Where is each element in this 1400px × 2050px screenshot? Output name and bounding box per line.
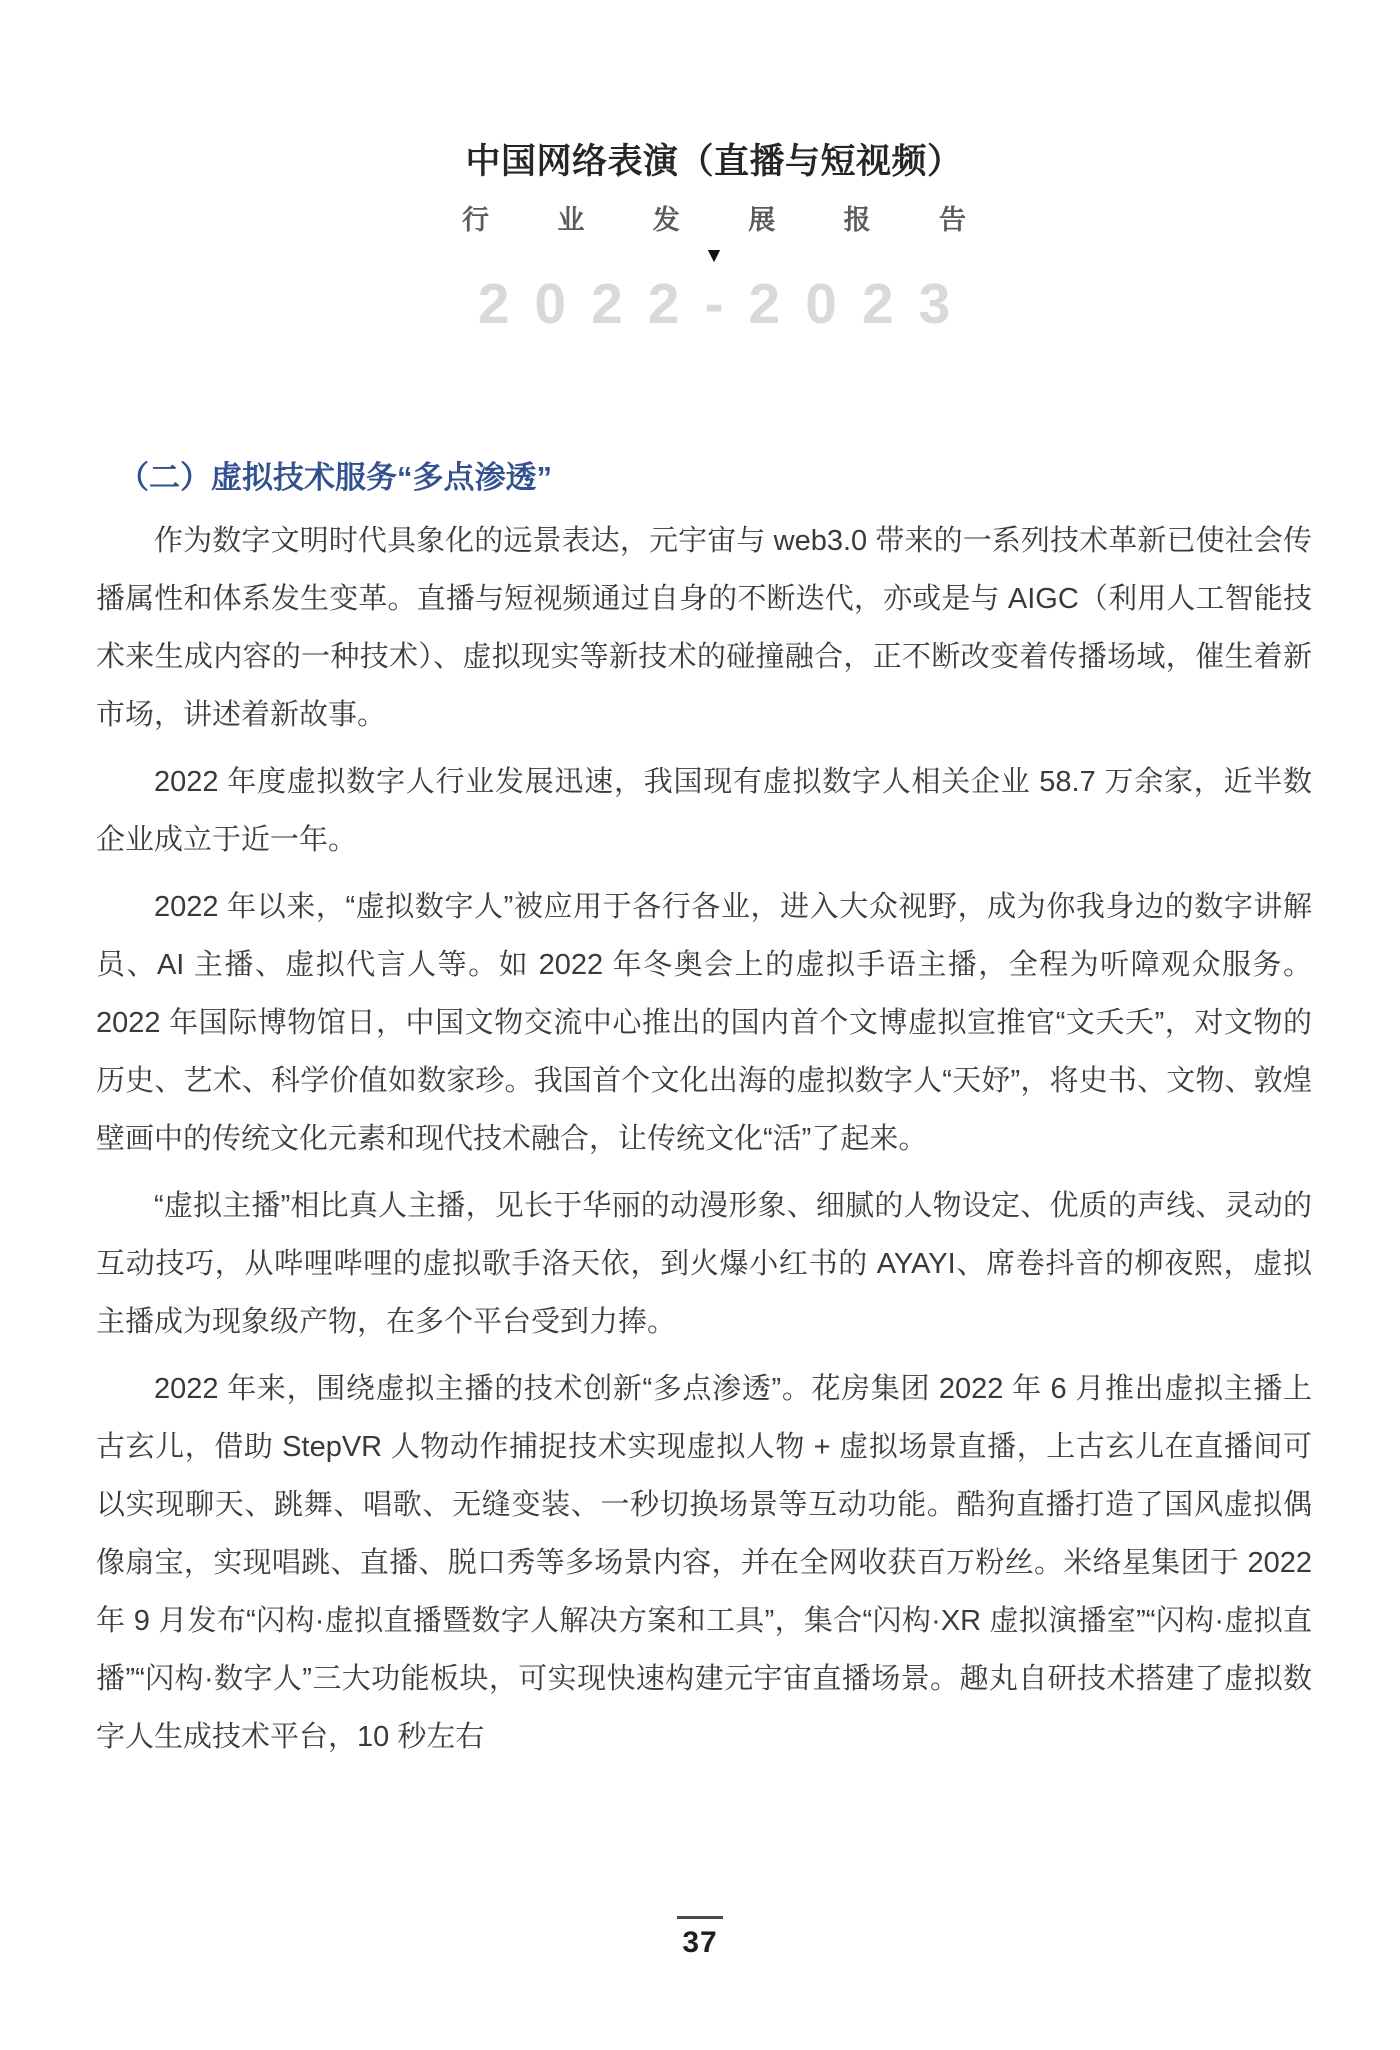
triangle-down-icon: ▼ [462, 245, 966, 267]
report-subtitle: 行 业 发 展 报 告 [462, 198, 966, 237]
page-footer: 37 [0, 1916, 1400, 1960]
report-title: 中国网络表演（直播与短视频） [462, 134, 966, 184]
paragraph-tech-innovation-cases: 2022 年来，围绕虚拟主播的技术创新“多点渗透”。花房集团 2022 年 6 … [96, 1360, 1312, 1766]
page-number: 37 [0, 1926, 1400, 1960]
paragraph-industry-growth: 2022 年度虚拟数字人行业发展迅速，我国现有虚拟数字人相关企业 58.7 万余… [96, 753, 1312, 869]
paragraph-virtual-anchor-strengths: “虚拟主播”相比真人主播，见长于华丽的动漫形象、细腻的人物设定、优质的声线、灵动… [96, 1177, 1312, 1351]
paragraph-digital-human-applications: 2022 年以来，“虚拟数字人”被应用于各行各业，进入大众视野，成为你我身边的数… [96, 878, 1312, 1168]
report-page: 中国网络表演（直播与短视频） 行 业 发 展 报 告 ▼ 2022-2023 （… [0, 0, 1400, 2050]
section-heading: （二）虚拟技术服务“多点渗透” [118, 452, 552, 497]
report-header: 中国网络表演（直播与短视频） 行 业 发 展 报 告 ▼ 2022-2023 [462, 134, 966, 337]
paragraph-intro-metaverse: 作为数字文明时代具象化的远景表达，元宇宙与 web3.0 带来的一系列技术革新已… [96, 512, 1312, 744]
document-body: 作为数字文明时代具象化的远景表达，元宇宙与 web3.0 带来的一系列技术革新已… [96, 512, 1312, 1775]
report-edition-years: 2022-2023 [462, 271, 991, 337]
footer-divider [677, 1916, 723, 1919]
